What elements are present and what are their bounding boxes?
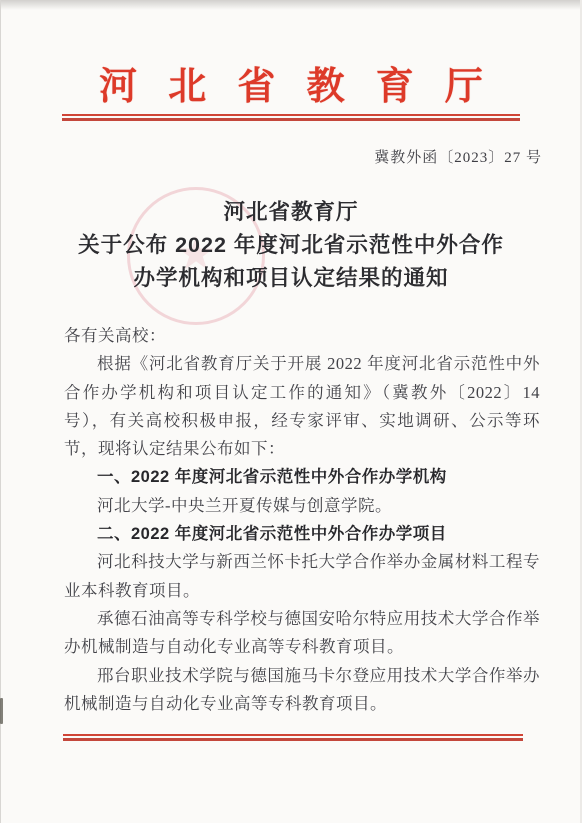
document-number: 冀教外函〔2023〕27 号 xyxy=(374,146,542,167)
section-heading-1: 一、2022 年度河北省示范性中外合作办学机构 xyxy=(64,463,540,491)
paragraph-basis: 根据《河北省教育厅关于开展 2022 年度河北省示范性中外合作办学机构和项目认定… xyxy=(64,350,540,463)
footer-rule xyxy=(63,734,523,741)
salutation: 各有关高校： xyxy=(64,322,540,350)
letterhead-title: 河北省教育厅 xyxy=(0,64,582,110)
scanned-document-page: 河北省教育厅 冀教外函〔2023〕27 号 ★ 河北省教育厅 关于公布 2022… xyxy=(0,0,582,823)
document-title: 河北省教育厅 关于公布 2022 年度河北省示范性中外合作 办学机构和项目认定结… xyxy=(0,196,582,295)
letterhead-divider-rule xyxy=(62,114,520,121)
title-line-1: 河北省教育厅 xyxy=(0,196,582,229)
paragraph-item-3: 承德石油高等专科学校与德国安哈尔特应用技术大学合作举办机械制造与自动化专业高等专… xyxy=(64,605,540,662)
document-body: 各有关高校： 根据《河北省教育厅关于开展 2022 年度河北省示范性中外合作办学… xyxy=(64,322,540,718)
paragraph-item-1: 河北大学-中央兰开夏传媒与创意学院。 xyxy=(64,492,540,520)
title-line-3: 办学机构和项目认定结果的通知 xyxy=(0,262,582,295)
title-line-2: 关于公布 2022 年度河北省示范性中外合作 xyxy=(0,229,582,262)
section-heading-2: 二、2022 年度河北省示范性中外合作办学项目 xyxy=(64,520,540,548)
scan-edge-top xyxy=(0,0,582,10)
scan-edge-artifact xyxy=(0,698,3,724)
paragraph-item-4: 邢台职业技术学院与德国施马卡尔登应用技术大学合作举办机械制造与自动化专业高等专科… xyxy=(64,662,540,719)
paragraph-item-2: 河北科技大学与新西兰怀卡托大学合作举办金属材料工程专业本科教育项目。 xyxy=(64,548,540,605)
